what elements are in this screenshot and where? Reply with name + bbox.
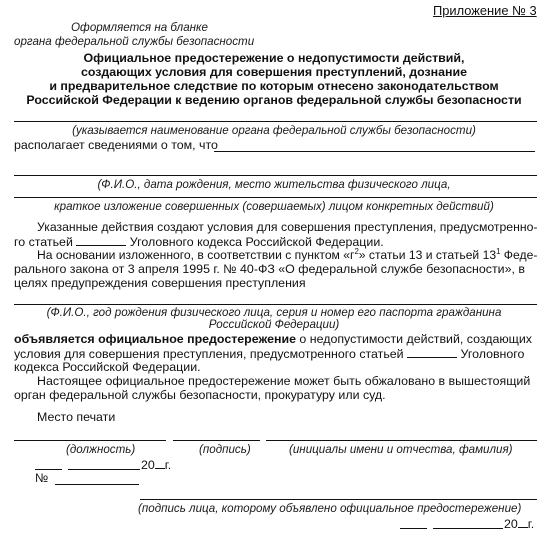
blank-note-line-1: Оформляется на бланке: [71, 21, 208, 35]
document-title-line-3: и предварительное следствие по которым о…: [0, 79, 548, 93]
day-field[interactable]: [35, 469, 62, 470]
article-field-1[interactable]: [76, 234, 126, 246]
actions-description-field[interactable]: [14, 197, 537, 198]
position-caption: (должность): [66, 443, 135, 457]
warning-announcement: объявляется официальное предостережение: [14, 332, 296, 346]
day-field-2[interactable]: [400, 528, 427, 529]
document-title-line-1: Официальное предостережение о недопустим…: [0, 51, 548, 65]
paragraph-2-text-a: На основании изложенного, в соответствии…: [37, 248, 354, 262]
document-title-line-2: создающих условия для совершения преступ…: [0, 65, 548, 79]
initials-caption: (инициалы имени и отчества, фамилия): [289, 443, 513, 457]
month-field[interactable]: [68, 469, 140, 470]
year-field-2[interactable]: [518, 516, 528, 528]
paragraph-1-line-1: Указанные действия создают условия для с…: [37, 220, 537, 234]
person-caption-line-2: краткое изложение совершенных (совершаем…: [0, 200, 548, 214]
person-caption-line-1: (Ф.И.О., дата рождения, место жительства…: [0, 178, 548, 192]
paragraph-3-text-b: Уголовного: [461, 347, 525, 361]
organ-caption: (указывается наименование органа федерал…: [0, 124, 548, 138]
paragraph-2-line-2: рального закона от 3 апреля 1995 г. № 40…: [14, 262, 525, 276]
paragraph-1-text-b: Уголовного кодекса Российской Федерации.: [130, 235, 384, 249]
number-label: №: [35, 471, 48, 485]
paragraph-3-text: о недопустимости действий, создающих: [299, 332, 532, 346]
person-passport-field[interactable]: [14, 304, 537, 305]
warned-signature-caption: (подпись лица, которому объявлено официа…: [138, 502, 521, 516]
signature-field[interactable]: [173, 440, 260, 441]
month-field-2[interactable]: [433, 528, 503, 529]
informed-text: располагает сведениями о том, что: [14, 138, 218, 152]
organ-name-field[interactable]: [14, 121, 537, 122]
paragraph-3-line-1: объявляется официальное предостережение …: [14, 332, 532, 346]
year-prefix-2: 20: [504, 517, 518, 531]
article-field-2[interactable]: [407, 346, 457, 358]
paragraph-2-line-3: целях предупреждения совершения преступл…: [14, 276, 306, 290]
paragraph-2-line-1: На основании изложенного, в соответствии…: [37, 248, 537, 262]
date-2-year: 20г.: [504, 516, 534, 531]
informed-field[interactable]: [214, 151, 535, 152]
year-field[interactable]: [155, 457, 165, 469]
number-field[interactable]: [55, 484, 139, 485]
paragraph-4-line-1: Настоящее официальное предостережение мо…: [37, 374, 530, 388]
stamp-place-label: Место печати: [37, 410, 115, 424]
person-details-field[interactable]: [14, 175, 537, 176]
paragraph-3-text-a: условия для совершения преступления, пре…: [14, 347, 404, 361]
year-suffix: г.: [165, 458, 171, 472]
signature-caption: (подпись): [199, 443, 251, 457]
paragraph-1-text-a: го статьей: [14, 235, 73, 249]
paragraph-1-line-2: го статьей Уголовного кодекса Российской…: [14, 234, 384, 249]
year-suffix-2: г.: [528, 517, 534, 531]
paragraph-3-line-2: условия для совершения преступления, пре…: [14, 346, 524, 361]
paragraph-2-text-b: » статьи 13 и статьей 13: [359, 248, 496, 262]
year-prefix: 20: [141, 458, 155, 472]
document-title-line-4: Российской Федерации к ведению органов ф…: [0, 93, 548, 107]
warned-person-signature-field[interactable]: [140, 499, 537, 500]
paragraph-4-line-2: орган федеральной службы безопасности, п…: [14, 388, 386, 402]
appendix-number: Приложение № 3: [433, 4, 537, 18]
paragraph-2-text-c: Феде-: [504, 248, 538, 262]
date-year-prefix: 20г.: [141, 457, 171, 472]
blank-note-line-2: органа федеральной службы безопасности: [14, 35, 254, 49]
position-field[interactable]: [14, 440, 166, 441]
paragraph-3-line-3: кодекса Российской Федерации.: [14, 360, 201, 374]
passport-caption-line-2: Российской Федерации): [0, 318, 548, 332]
initials-field[interactable]: [266, 440, 537, 441]
superscript-1: 1: [496, 247, 500, 256]
